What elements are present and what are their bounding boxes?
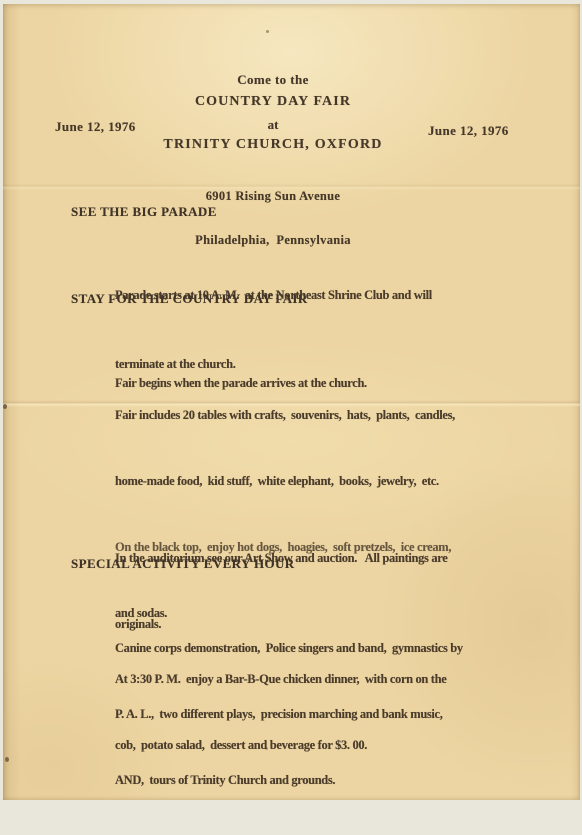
body-line: Canine corps demonstration, Police singe… bbox=[115, 637, 463, 659]
invite-line: Come to the bbox=[3, 72, 543, 88]
body-line: AND, tours of Trinity Church and grounds… bbox=[115, 769, 463, 791]
section-heading-parade: SEE THE BIG PARADE bbox=[71, 204, 217, 220]
paper-edge-notch bbox=[5, 757, 9, 762]
body-line: P. A. L., two different plays, precision… bbox=[115, 703, 463, 725]
address-line: 6901 Rising Sun Avenue bbox=[3, 189, 543, 204]
section-heading-fair: STAY FOR THE COUNTRY DAY FAIR bbox=[71, 291, 308, 307]
venue-line: TRINITY CHURCH, OXFORD bbox=[3, 137, 543, 153]
scanned-flyer-page: Come to the COUNTRY DAY FAIR at June 12,… bbox=[3, 4, 580, 800]
body-line: home-made food, kid stuff, white elephan… bbox=[115, 470, 455, 492]
paragraph-special-activity: Canine corps demonstration, Police singe… bbox=[115, 593, 463, 800]
paper-speck bbox=[266, 30, 269, 33]
event-date-left: June 12, 1976 bbox=[55, 119, 136, 135]
paper-edge-notch bbox=[3, 404, 7, 409]
section-heading-special-activity: SPECIAL ACTIVITY EVERY HOUR bbox=[71, 556, 295, 572]
event-title: COUNTRY DAY FAIR bbox=[3, 94, 543, 110]
body-line: Fair includes 20 tables with crafts, sou… bbox=[115, 404, 455, 426]
